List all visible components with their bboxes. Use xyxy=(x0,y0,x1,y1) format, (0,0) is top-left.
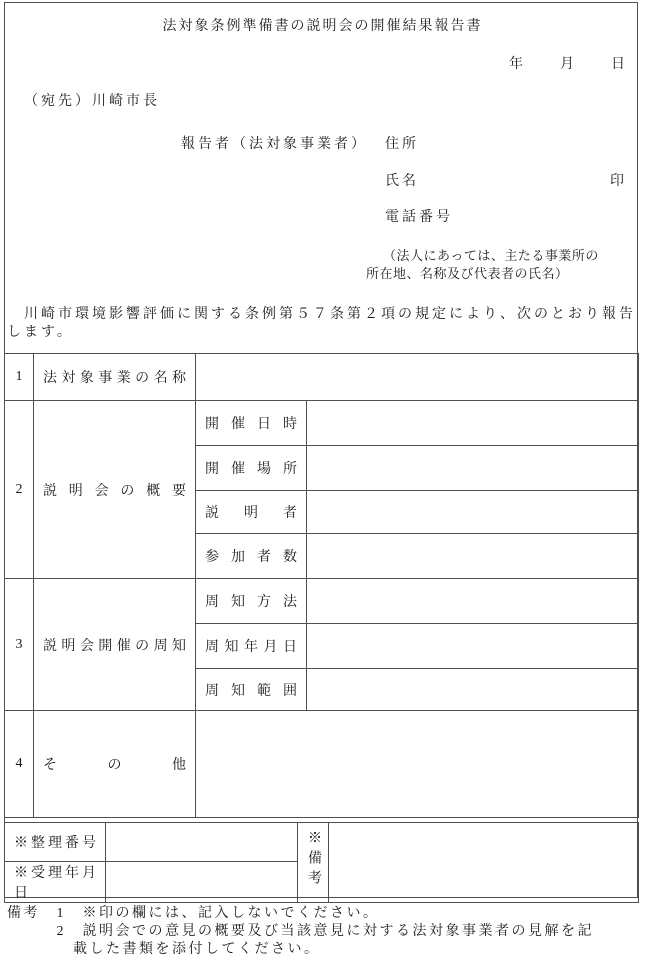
table-row: 3 説明会開催の周知 周知方法 xyxy=(5,579,639,624)
row-label: その他 xyxy=(34,711,196,818)
value-cell xyxy=(106,862,298,903)
reporter-label: 報告者（法対象事業者） xyxy=(181,133,368,153)
phone-label: 電話番号 xyxy=(385,206,453,226)
name-label: 氏名 xyxy=(385,170,419,190)
table-row: ※整理番号 ※備考 xyxy=(5,823,639,862)
value-cell xyxy=(307,669,639,711)
value-cell xyxy=(196,354,639,401)
row-number: 3 xyxy=(5,579,34,711)
admin-remarks-label: ※備考 xyxy=(306,830,320,890)
value-cell xyxy=(196,711,639,818)
value-cell xyxy=(329,823,639,903)
footer-notes: 備考 1 ※印の欄には、記入しないでください。 2 説明会での意見の概要及び当該… xyxy=(7,905,594,958)
sub-label: 開催日時 xyxy=(196,401,307,446)
value-cell xyxy=(307,491,639,534)
footer-note-line3: 載した書類を添付してください。 xyxy=(7,941,594,958)
value-cell xyxy=(307,624,639,669)
date-line: 年 月 日 xyxy=(509,53,628,73)
table-row: 4 その他 xyxy=(5,711,639,818)
sub-label: 周知年月日 xyxy=(196,624,307,669)
admin-label: ※整理番号 xyxy=(5,823,106,862)
row-number: 2 xyxy=(5,401,34,579)
table-row: 1 法対象事業の名称 xyxy=(5,354,639,401)
corporate-note-line2: 所在地、名称及び代表者の氏名） xyxy=(366,263,569,282)
sub-label: 周知範囲 xyxy=(196,669,307,711)
page-title: 法対象条例準備書の説明会の開催結果報告書 xyxy=(0,15,645,35)
intro-paragraph-line1: 川崎市環境影響評価に関する条例第５７条第２項の規定により、次のとおり報告 xyxy=(7,303,636,323)
row-number: 4 xyxy=(5,711,34,818)
intro-paragraph-line2: します。 xyxy=(7,321,74,341)
addressee-line: （宛先）川崎市長 xyxy=(24,90,160,110)
corporate-note-line1: （法人にあっては、主たる事業所の xyxy=(383,245,599,264)
row-label: 説明会の概要 xyxy=(34,401,196,579)
table-row: 2 説明会の概要 開催日時 xyxy=(5,401,639,446)
row-number: 1 xyxy=(5,354,34,401)
main-table: 1 法対象事業の名称 2 説明会の概要 開催日時 開催場所 説明者 参加者数 3… xyxy=(4,353,639,818)
value-cell xyxy=(106,823,298,862)
sub-label: 参加者数 xyxy=(196,534,307,579)
sub-label: 周知方法 xyxy=(196,579,307,624)
value-cell xyxy=(307,401,639,446)
admin-label: ※受理年月日 xyxy=(5,862,106,903)
seal-mark: 印 xyxy=(610,170,627,190)
footer-note-line1: 備考 1 ※印の欄には、記入しないでください。 xyxy=(7,905,594,923)
footer-note-line2: 2 説明会での意見の概要及び当該意見に対する法対象事業者の見解を記 xyxy=(7,923,594,941)
row-label: 法対象事業の名称 xyxy=(34,354,196,401)
sub-label: 開催場所 xyxy=(196,446,307,491)
value-cell xyxy=(307,446,639,491)
sub-label: 説明者 xyxy=(196,491,307,534)
value-cell xyxy=(307,534,639,579)
address-label: 住所 xyxy=(385,133,419,153)
admin-remarks-column: ※備考 xyxy=(298,823,329,903)
row-label: 説明会開催の周知 xyxy=(34,579,196,711)
admin-table: ※整理番号 ※備考 ※受理年月日 xyxy=(4,822,639,903)
value-cell xyxy=(307,579,639,624)
